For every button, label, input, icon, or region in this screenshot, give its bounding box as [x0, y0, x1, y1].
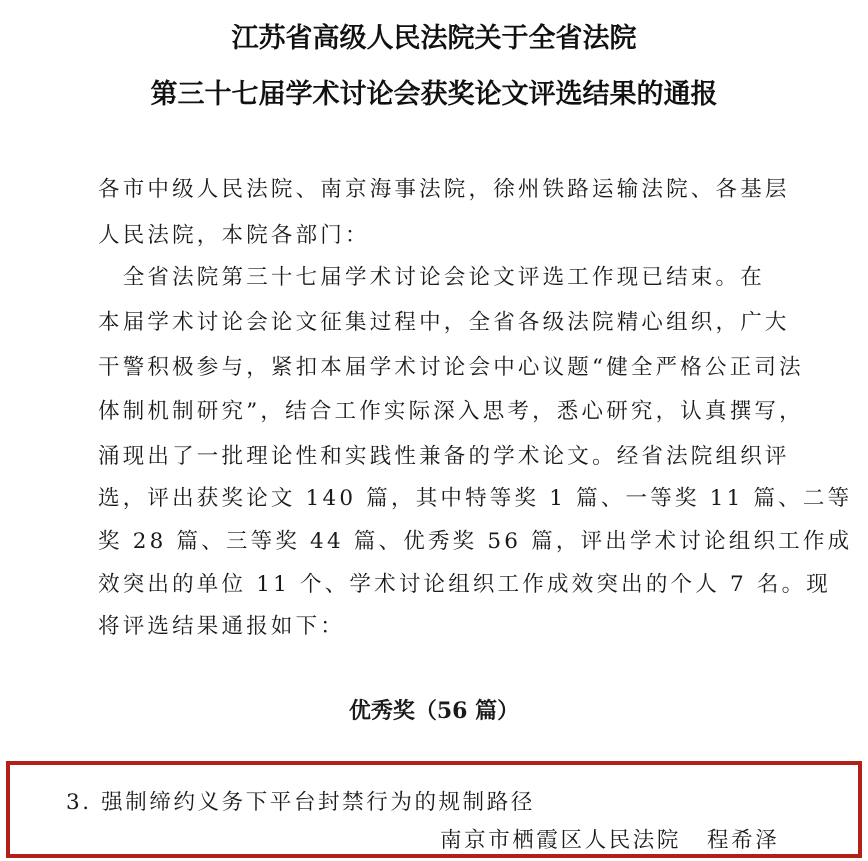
entry-number: 3. [66, 790, 92, 815]
paragraph-line: 本届学术讨论会论文征集过程中，全省各级法院精心组织，广大 [98, 305, 778, 336]
paragraph-line: 体制机制研究”，结合工作实际深入思考，悉心研究，认真撰写， [98, 394, 778, 425]
paragraph-line: 涌现出了一批理论性和实践性兼备的学术论文。经省法院组织评 [98, 439, 778, 470]
paragraph-line: 将评选结果通报如下： [98, 609, 778, 640]
salutation-line: 各市中级人民法院、南京海事法院，徐州铁路运输法院、各基层 [98, 172, 778, 203]
entry-title-line: 3. 强制缔约义务下平台封禁行为的规制路径 [66, 785, 535, 816]
entry-author: 程希泽 [707, 828, 779, 853]
section-heading-excellence-prize: 优秀奖（56 篇） [0, 694, 868, 725]
paragraph-line: 选，评出获奖论文 140 篇，其中特等奖 1 篇、一等奖 11 篇、二等 [98, 481, 778, 512]
entry-court: 南京市栖霞区人民法院 [440, 828, 681, 853]
paragraph-line: 效突出的单位 11 个、学术讨论组织工作成效突出的个人 7 名。现 [98, 567, 778, 598]
entry-title: 强制缔约义务下平台封禁行为的规制路径 [101, 790, 535, 815]
highlighted-award-entry: 3. 强制缔约义务下平台封禁行为的规制路径 南京市栖霞区人民法院程希泽 [6, 761, 862, 858]
paragraph-line: 奖 28 篇、三等奖 44 篇、优秀奖 56 篇，评出学术讨论组织工作成 [98, 524, 778, 555]
document-title-line-1: 江苏省高级人民法院关于全省法院 [0, 16, 868, 55]
paragraph-line: 干警积极参与，紧扣本届学术讨论会中心议题“健全严格公正司法 [98, 350, 778, 381]
entry-author-line: 南京市栖霞区人民法院程希泽 [440, 823, 779, 854]
document-title-line-2: 第三十七届学术讨论会获奖论文评选结果的通报 [0, 72, 868, 111]
paragraph-line: 全省法院第三十七届学术讨论会论文评选工作现已结束。在 [98, 260, 778, 291]
salutation-line: 人民法院，本院各部门： [98, 218, 778, 249]
